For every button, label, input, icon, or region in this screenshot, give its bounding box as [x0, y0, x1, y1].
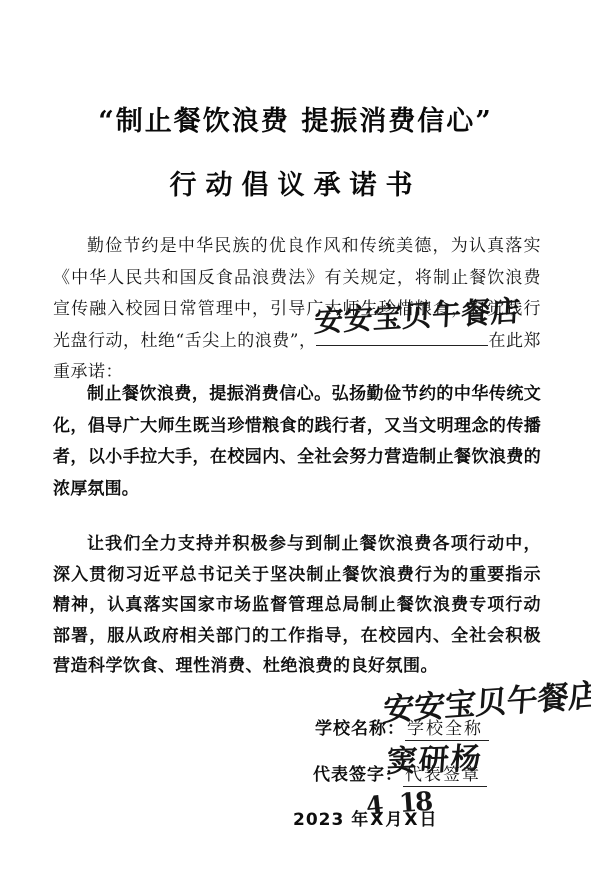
date-day-placeholder: 18X	[403, 810, 419, 830]
commitment-letter-page: “制止餐饮浪费 提振消费信心” 行动倡议承诺书 勤俭节约是中华民族的优良作风和传…	[0, 0, 591, 886]
school-name-value-underlined: 学校全称	[405, 714, 489, 741]
date-month-placeholder: 4X	[369, 810, 385, 830]
school-name-label: 学校名称：	[315, 719, 405, 739]
signature-section: 安安宝贝午餐店 学校名称：学校全称 窦研杨 代表签字：代表签章 2023 年4X…	[0, 0, 591, 886]
school-name-row: 安安宝贝午餐店 学校名称：学校全称	[315, 714, 489, 741]
date-month-unit: 月	[385, 810, 403, 830]
representative-signature-row: 窦研杨 代表签字：代表签章	[313, 760, 487, 787]
date-day-unit: 日	[419, 810, 437, 830]
date-year-text: 2023 年	[293, 810, 369, 830]
date-line: 2023 年4X月18X日	[293, 805, 437, 830]
representative-signature-value-underlined: 代表签章	[403, 760, 487, 787]
representative-signature-label: 代表签字：	[313, 765, 403, 785]
